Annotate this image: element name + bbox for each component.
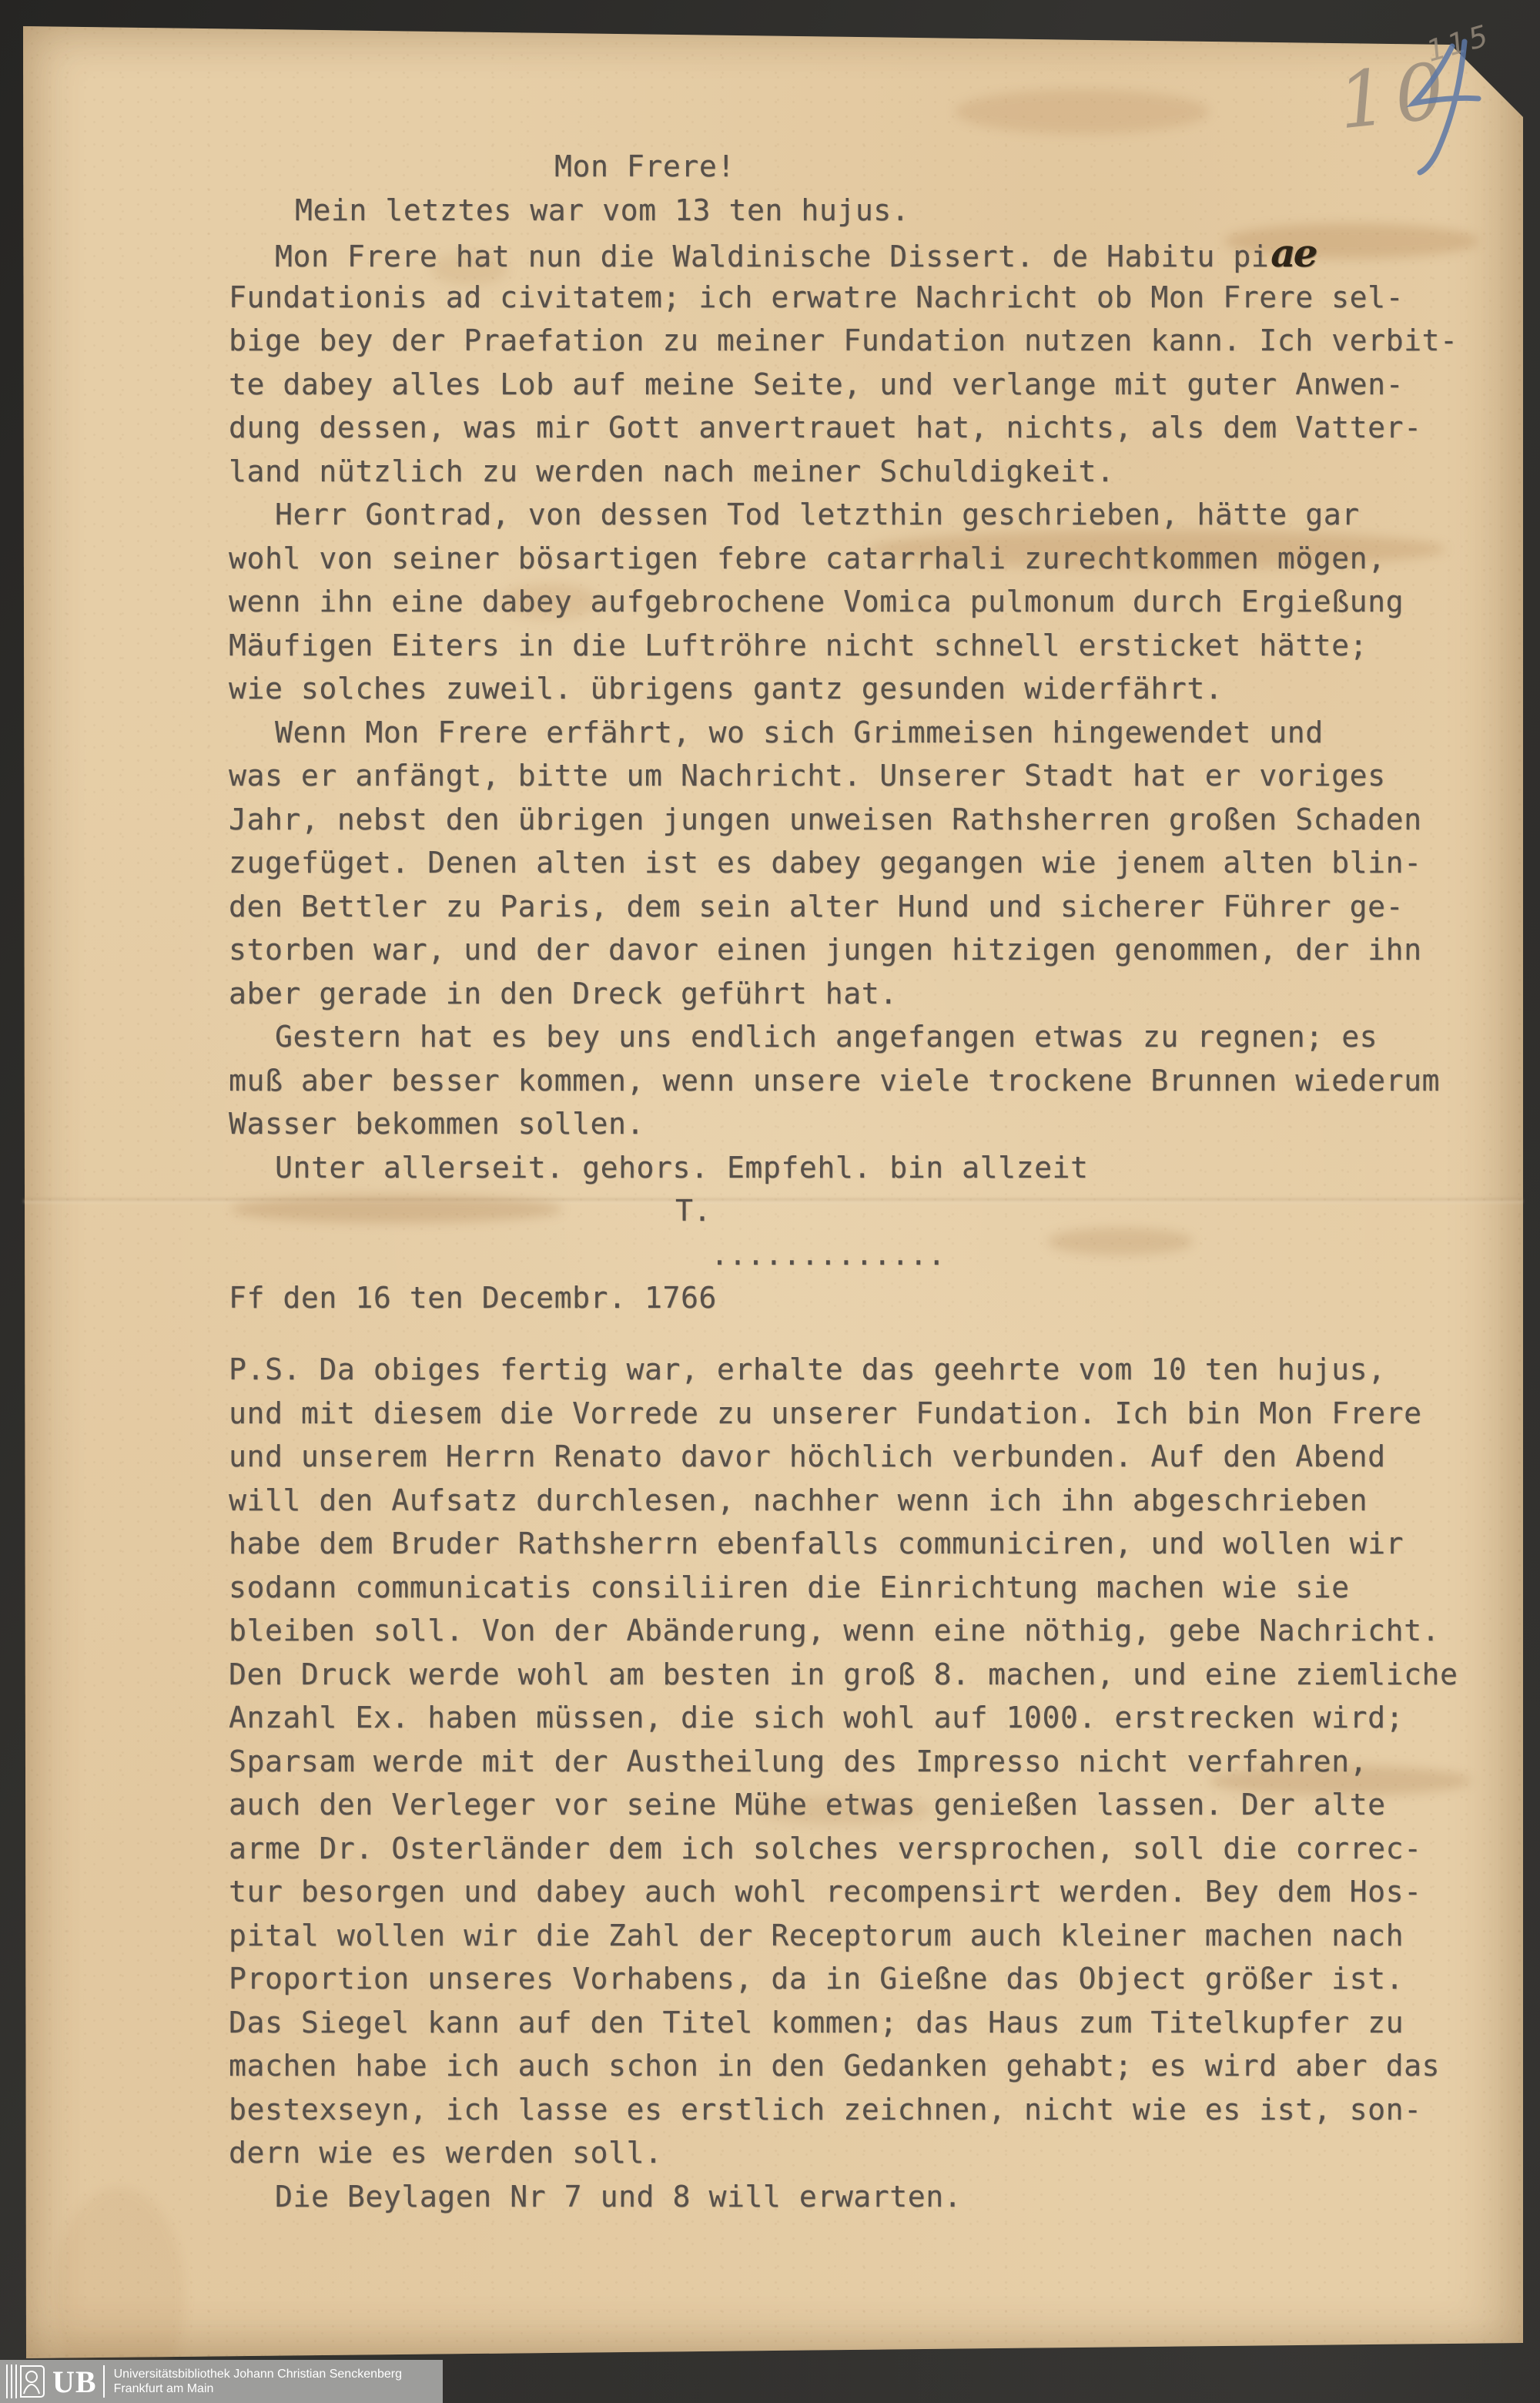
letter-block: P.S. Da obiges fertig war, erhalte das g… [229, 1348, 1458, 2218]
typed-text: und unserem Herrn Renato davor höchlich … [229, 1439, 1386, 1473]
typed-text: bestexseyn, ich lasse es erstlich zeichn… [229, 2093, 1422, 2127]
typed-text: will den Aufsatz durchlesen, nachher wen… [229, 1483, 1368, 1517]
letter-line: den Bettler zu Paris, dem sein alter Hun… [229, 885, 1458, 929]
typed-text: P.S. Da obiges fertig war, erhalte das g… [229, 1352, 1386, 1386]
typed-text: Ff den 16 ten Decembr. 1766 [229, 1281, 717, 1315]
letter-line: wohl von seiner bösartigen febre catarrh… [229, 537, 1458, 581]
letter-line: was er anfängt, bitte um Nachricht. Unse… [229, 754, 1458, 798]
letter-line: Proportion unseres Vorhabens, da in Gieß… [229, 1957, 1458, 2001]
letter-line: land nützlich zu werden nach meiner Schu… [229, 450, 1458, 494]
letter-line: storben war, und der davor einen jungen … [229, 928, 1458, 972]
letter-line: P.S. Da obiges fertig war, erhalte das g… [229, 1348, 1458, 1392]
typed-text: Das Siegel kann auf den Titel kommen; da… [229, 2006, 1404, 2039]
letter-line: habe dem Bruder Rathsherrn ebenfalls com… [229, 1522, 1458, 1566]
typed-text: storben war, und der davor einen jungen … [229, 933, 1422, 967]
typed-text: Herr Gontrad, von dessen Tod letzthin ge… [275, 498, 1360, 531]
typed-text: land nützlich zu werden nach meiner Schu… [229, 454, 1114, 488]
typed-text: T. [675, 1194, 711, 1228]
letter-line: auch den Verleger vor seine Mühe etwas g… [229, 1783, 1458, 1827]
typed-text: Anzahl Ex. haben müssen, die sich wohl a… [229, 1701, 1404, 1734]
letter-line: zugefüget. Denen alten ist es dabey gega… [229, 841, 1458, 885]
typed-text: habe dem Bruder Rathsherrn ebenfalls com… [229, 1527, 1404, 1560]
letter-line: dern wie es werden soll. [229, 2131, 1458, 2175]
typed-text: Wenn Mon Frere erfährt, wo sich Grimmeis… [275, 716, 1324, 749]
letter-line: bestexseyn, ich lasse es erstlich zeichn… [229, 2088, 1458, 2132]
watermark-bar: UB Universitätsbibliothek Johann Christi… [0, 2360, 443, 2403]
typed-text: te dabey alles Lob auf meine Seite, und … [229, 367, 1404, 401]
typed-text: Jahr, nebst den übrigen jungen unweisen … [229, 803, 1422, 836]
typed-text: pital wollen wir die Zahl der Receptorum… [229, 1919, 1404, 1952]
typed-text: den Bettler zu Paris, dem sein alter Hun… [229, 890, 1404, 923]
typed-text: wenn ihn eine dabey aufgebrochene Vomica… [229, 585, 1404, 618]
letter-line: te dabey alles Lob auf meine Seite, und … [229, 363, 1458, 407]
typed-text: muß aber besser kommen, wenn unsere viel… [229, 1064, 1440, 1098]
typed-text: Mon Frere! [554, 149, 735, 183]
typed-text: dern wie es werden soll. [229, 2136, 662, 2170]
typed-text: Mein letztes war vom 13 ten hujus. [295, 193, 909, 227]
letter-line: T. [229, 1189, 1458, 1233]
letter-line: Herr Gontrad, von dessen Tod letzthin ge… [229, 493, 1458, 537]
letter-line: bige bey der Praefation zu meiner Fundat… [229, 319, 1458, 363]
letter-line: machen habe ich auch schon in den Gedank… [229, 2044, 1458, 2088]
typed-text: zugefüget. Denen alten ist es dabey gega… [229, 846, 1422, 880]
typed-text: Mon Frere hat nun die Waldinische Disser… [275, 240, 1269, 273]
page-background: Mon Frere!Mein letztes war vom 13 ten hu… [0, 0, 1540, 2403]
letter-line: will den Aufsatz durchlesen, nachher wen… [229, 1479, 1458, 1523]
typed-text: Sparsam werde mit der Austheilung des Im… [229, 1744, 1368, 1778]
typed-text: wie solches zuweil. übrigens gantz gesun… [229, 672, 1223, 705]
typed-text: Fundationis ad civitatem; ich erwatre Na… [229, 280, 1404, 314]
letter-line: Mon Frere hat nun die Waldinische Disser… [229, 232, 1458, 276]
letter-line: Die Beylagen Nr 7 und 8 will erwarten. [229, 2175, 1458, 2219]
letter-line: Sparsam werde mit der Austheilung des Im… [229, 1740, 1458, 1784]
typed-text: bige bey der Praefation zu meiner Fundat… [229, 323, 1458, 357]
typed-text: bleiben soll. Von der Abänderung, wenn e… [229, 1614, 1440, 1647]
letter-line: Unter allerseit. gehors. Empfehl. bin al… [229, 1146, 1458, 1190]
typed-text: machen habe ich auch schon in den Gedank… [229, 2049, 1440, 2083]
letter-line: Jahr, nebst den übrigen jungen unweisen … [229, 798, 1458, 842]
letter-line: muß aber besser kommen, wenn unsere viel… [229, 1059, 1458, 1103]
ub-books-logo-icon [5, 2363, 48, 2400]
letter-line: Fundationis ad civitatem; ich erwatre Na… [229, 276, 1458, 320]
letter-line: Wenn Mon Frere erfährt, wo sich Grimmeis… [229, 711, 1458, 755]
typed-text: sodann communicatis consiliiren die Einr… [229, 1570, 1350, 1604]
typed-text: und mit diesem die Vorrede zu unserer Fu… [229, 1396, 1422, 1430]
typed-text: was er anfängt, bitte um Nachricht. Unse… [229, 759, 1386, 793]
letter-line: bleiben soll. Von der Abänderung, wenn e… [229, 1609, 1458, 1653]
letter-line: wie solches zuweil. übrigens gantz gesun… [229, 667, 1458, 711]
library-city: Frankfurt am Main [114, 2381, 402, 2396]
letter-line: Anzahl Ex. haben müssen, die sich wohl a… [229, 1696, 1458, 1740]
letter-text: Mon Frere!Mein letztes war vom 13 ten hu… [0, 0, 1540, 2403]
typed-text: Proportion unseres Vorhabens, da in Gieß… [229, 1962, 1404, 1996]
letter-line: ............. [229, 1233, 1458, 1277]
letter-line: Das Siegel kann auf den Titel kommen; da… [229, 2001, 1458, 2045]
letter-line: tur besorgen und dabey auch wohl recompe… [229, 1870, 1458, 1914]
letter-line: wenn ihn eine dabey aufgebrochene Vomica… [229, 580, 1458, 624]
letter-line: Mein letztes war vom 13 ten hujus. [229, 189, 1458, 233]
typed-text: Unter allerseit. gehors. Empfehl. bin al… [275, 1151, 1089, 1185]
typed-text: auch den Verleger vor seine Mühe etwas g… [229, 1788, 1386, 1822]
letter-line: Wasser bekommen sollen. [229, 1102, 1458, 1146]
letter-line: Den Druck werde wohl am besten in groß 8… [229, 1653, 1458, 1697]
handwritten-correction: ae [1270, 230, 1315, 276]
watermark-divider [103, 2365, 105, 2398]
typed-text: Die Beylagen Nr 7 und 8 will erwarten. [275, 2180, 962, 2214]
typed-text: Mäufigen Eiters in die Luftröhre nicht s… [229, 628, 1368, 662]
letter-line: arme Dr. Osterländer dem ich solches ver… [229, 1827, 1458, 1871]
letter-line: und mit diesem die Vorrede zu unserer Fu… [229, 1392, 1458, 1436]
typed-text: aber gerade in den Dreck geführt hat. [229, 977, 898, 1010]
letter-line: aber gerade in den Dreck geführt hat. [229, 972, 1458, 1016]
letter-line: sodann communicatis consiliiren die Einr… [229, 1566, 1458, 1610]
typed-text: Den Druck werde wohl am besten in groß 8… [229, 1657, 1458, 1691]
typed-text: ............. [711, 1238, 946, 1272]
library-name: Universitätsbibliothek Johann Christian … [114, 2367, 402, 2381]
typed-text: tur besorgen und dabey auch wohl recompe… [229, 1875, 1422, 1909]
letter-line: Mäufigen Eiters in die Luftröhre nicht s… [229, 624, 1458, 668]
typed-text: Gestern hat es bey uns endlich angefange… [275, 1020, 1378, 1054]
letter-line: Mon Frere! [229, 145, 1458, 189]
typed-text: wohl von seiner bösartigen febre catarrh… [229, 541, 1386, 575]
letter-line: und unserem Herrn Renato davor höchlich … [229, 1435, 1458, 1479]
letter-line: dung dessen, was mir Gott anvertrauet ha… [229, 406, 1458, 450]
letter-line: pital wollen wir die Zahl der Receptorum… [229, 1914, 1458, 1958]
letter-block: Mon Frere!Mein letztes war vom 13 ten hu… [229, 145, 1458, 1320]
typed-text: arme Dr. Osterländer dem ich solches ver… [229, 1832, 1422, 1865]
letter-line: Ff den 16 ten Decembr. 1766 [229, 1276, 1458, 1320]
ub-logo-text: UB [52, 2364, 97, 2400]
typed-text: dung dessen, was mir Gott anvertrauet ha… [229, 411, 1422, 444]
typed-text: Wasser bekommen sollen. [229, 1107, 644, 1141]
letter-line: Gestern hat es bey uns endlich angefange… [229, 1015, 1458, 1059]
handwritten-page-number-4-blue-icon [1395, 37, 1511, 183]
